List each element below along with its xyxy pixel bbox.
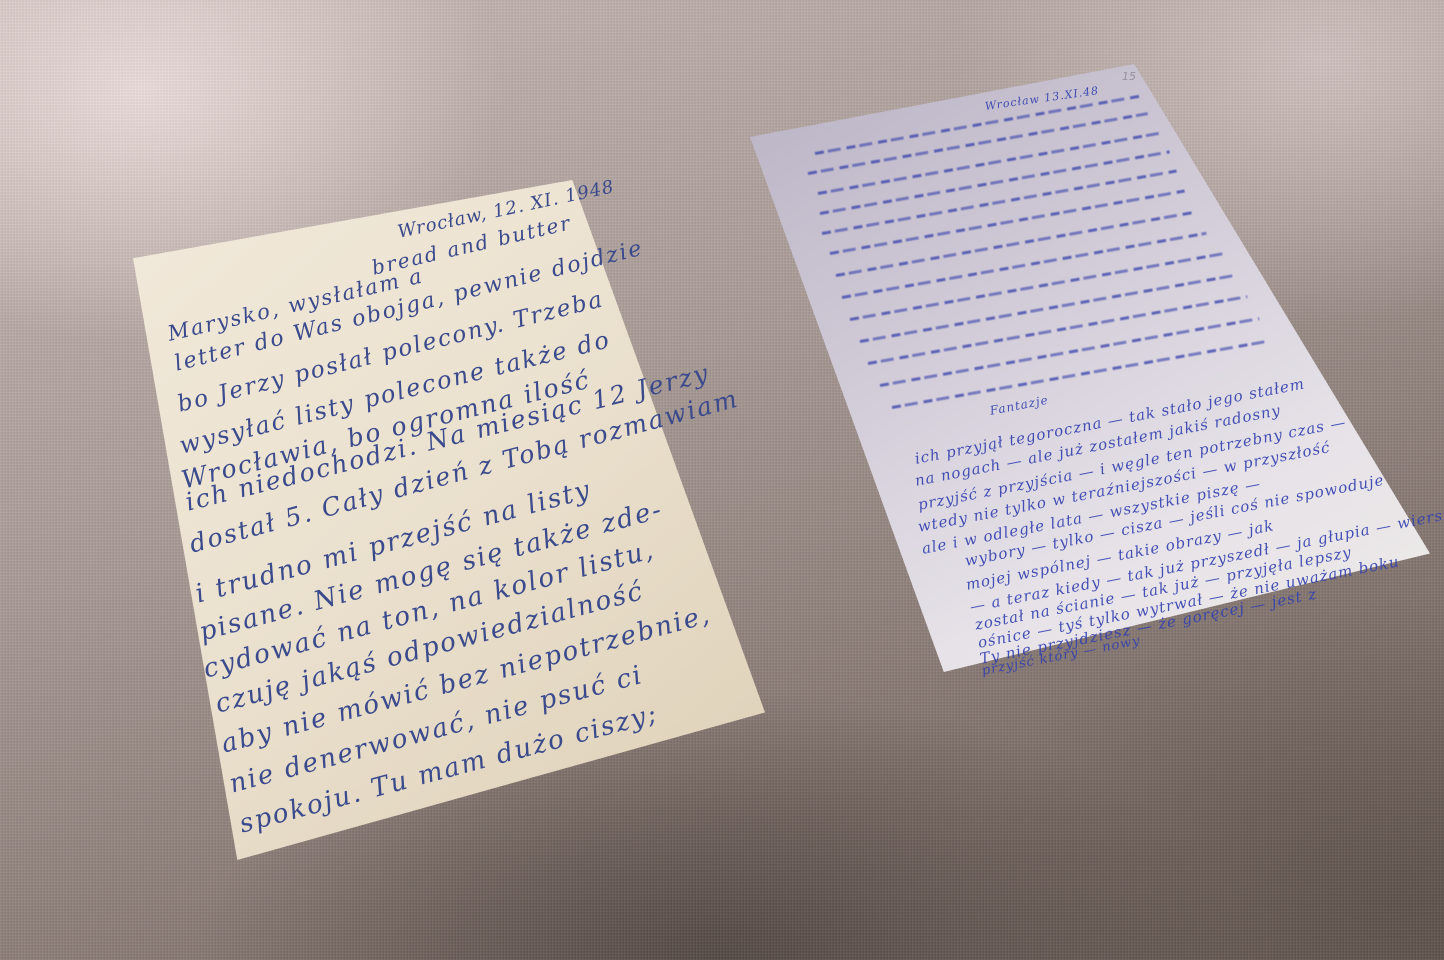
letter-right-paper (750, 64, 1430, 672)
letter-left-paper (133, 180, 765, 860)
